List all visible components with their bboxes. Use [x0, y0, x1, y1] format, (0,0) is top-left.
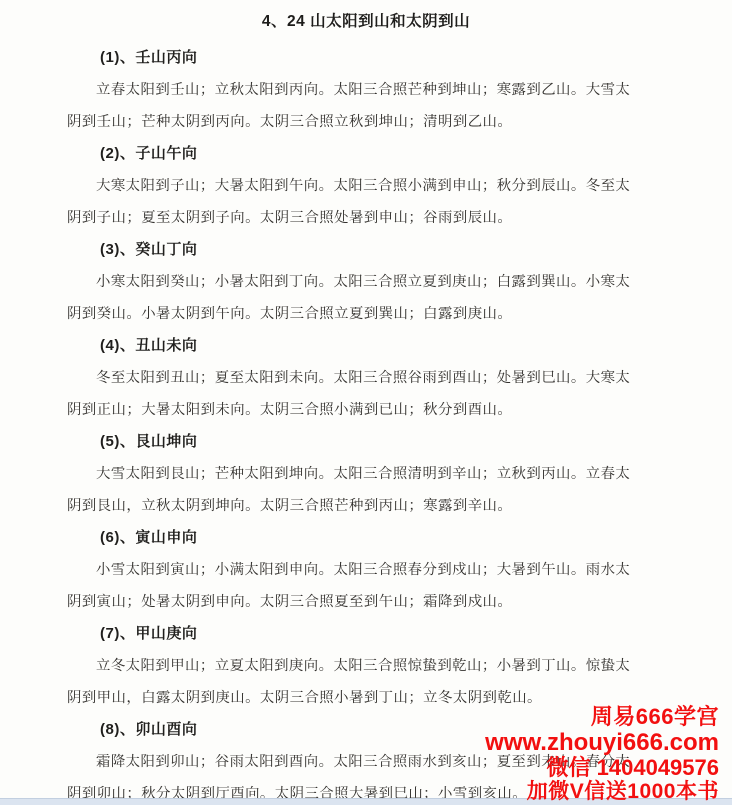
section-2: (2)、子山午向 大寒太阳到子山；大暑太阳到午向。太阳三合照小满到申山；秋分到辰…: [67, 138, 627, 234]
section-body-line: 冬至太阳到丑山；夏至太阳到未向。太阳三合照谷雨到酉山；处暑到巳山。大寒太: [96, 362, 627, 394]
document-page: 4、24 山太阳到山和太阴到山 (1)、壬山丙向 立春太阳到壬山；立秋太阳到丙向…: [0, 0, 732, 805]
section-4: (4)、丑山未向 冬至太阳到丑山；夏至太阳到未向。太阳三合照谷雨到酉山；处暑到巳…: [67, 330, 627, 426]
section-heading: (4)、丑山未向: [100, 330, 627, 362]
section-body-line: 小寒太阳到癸山；小暑太阳到丁向。太阳三合照立夏到庚山；白露到巽山。小寒太: [96, 266, 627, 298]
section-heading: (6)、寅山申向: [100, 522, 627, 554]
section-body-line: 大雪太阳到艮山；芒种太阳到坤向。太阳三合照清明到辛山；立秋到丙山。立春太: [96, 458, 627, 490]
watermark-site-name: 周易666学宫: [485, 704, 719, 730]
section-body-line: 阴到正山；大暑太阳到未向。太阴三合照小满到已山；秋分到酉山。: [67, 394, 627, 426]
section-body-line: 立春太阳到壬山；立秋太阳到丙向。太阳三合照芒种到坤山；寒露到乙山。大雪太: [96, 74, 627, 106]
section-body-line: 阴到壬山；芒种太阴到丙向。太阴三合照立秋到坤山；清明到乙山。: [67, 106, 627, 138]
page-title: 4、24 山太阳到山和太阴到山: [0, 6, 732, 38]
watermark-url: www.zhouyi666.com: [485, 730, 719, 756]
section-body-line: 阴到寅山；处暑太阴到申向。太阴三合照夏至到午山；霜降到戍山。: [67, 586, 627, 618]
section-3: (3)、癸山丁向 小寒太阳到癸山；小暑太阳到丁向。太阳三合照立夏到庚山；白露到巽…: [67, 234, 627, 330]
section-heading: (5)、艮山坤向: [100, 426, 627, 458]
section-body-line: 立冬太阳到甲山；立夏太阳到庚向。太阳三合照惊蛰到乾山；小暑到丁山。惊蛰太: [96, 650, 627, 682]
section-body-line: 大寒太阳到子山；大暑太阳到午向。太阳三合照小满到申山；秋分到辰山。冬至太: [96, 170, 627, 202]
section-7: (7)、甲山庚向 立冬太阳到甲山；立夏太阳到庚向。太阳三合照惊蛰到乾山；小暑到丁…: [67, 618, 627, 714]
section-5: (5)、艮山坤向 大雪太阳到艮山；芒种太阳到坤向。太阳三合照清明到辛山；立秋到丙…: [67, 426, 627, 522]
section-body-line: 小雪太阳到寅山；小满太阳到申向。太阳三合照春分到戍山；大暑到午山。雨水太: [96, 554, 627, 586]
section-6: (6)、寅山申向 小雪太阳到寅山；小满太阳到申向。太阳三合照春分到戍山；大暑到午…: [67, 522, 627, 618]
document-body: (1)、壬山丙向 立春太阳到壬山；立秋太阳到丙向。太阳三合照芒种到坤山；寒露到乙…: [67, 42, 627, 805]
watermark-promo: 加微V信送1000本书: [485, 780, 719, 804]
section-heading: (3)、癸山丁向: [100, 234, 627, 266]
section-1: (1)、壬山丙向 立春太阳到壬山；立秋太阳到丙向。太阳三合照芒种到坤山；寒露到乙…: [67, 42, 627, 138]
section-body-line: 阴到癸山。小暑太阴到午向。太阴三合照立夏到巽山；白露到庚山。: [67, 298, 627, 330]
watermark-wechat: 微信 1404049576: [485, 756, 719, 780]
section-body-line: 阴到子山；夏至太阴到子向。太阴三合照处暑到申山；谷雨到辰山。: [67, 202, 627, 234]
section-heading: (7)、甲山庚向: [100, 618, 627, 650]
section-heading: (2)、子山午向: [100, 138, 627, 170]
section-heading: (1)、壬山丙向: [100, 42, 627, 74]
section-body-line: 阴到艮山，立秋太阴到坤向。太阴三合照芒种到丙山；寒露到辛山。: [67, 490, 627, 522]
seller-watermark: 周易666学宫 www.zhouyi666.com 微信 1404049576 …: [485, 704, 719, 804]
